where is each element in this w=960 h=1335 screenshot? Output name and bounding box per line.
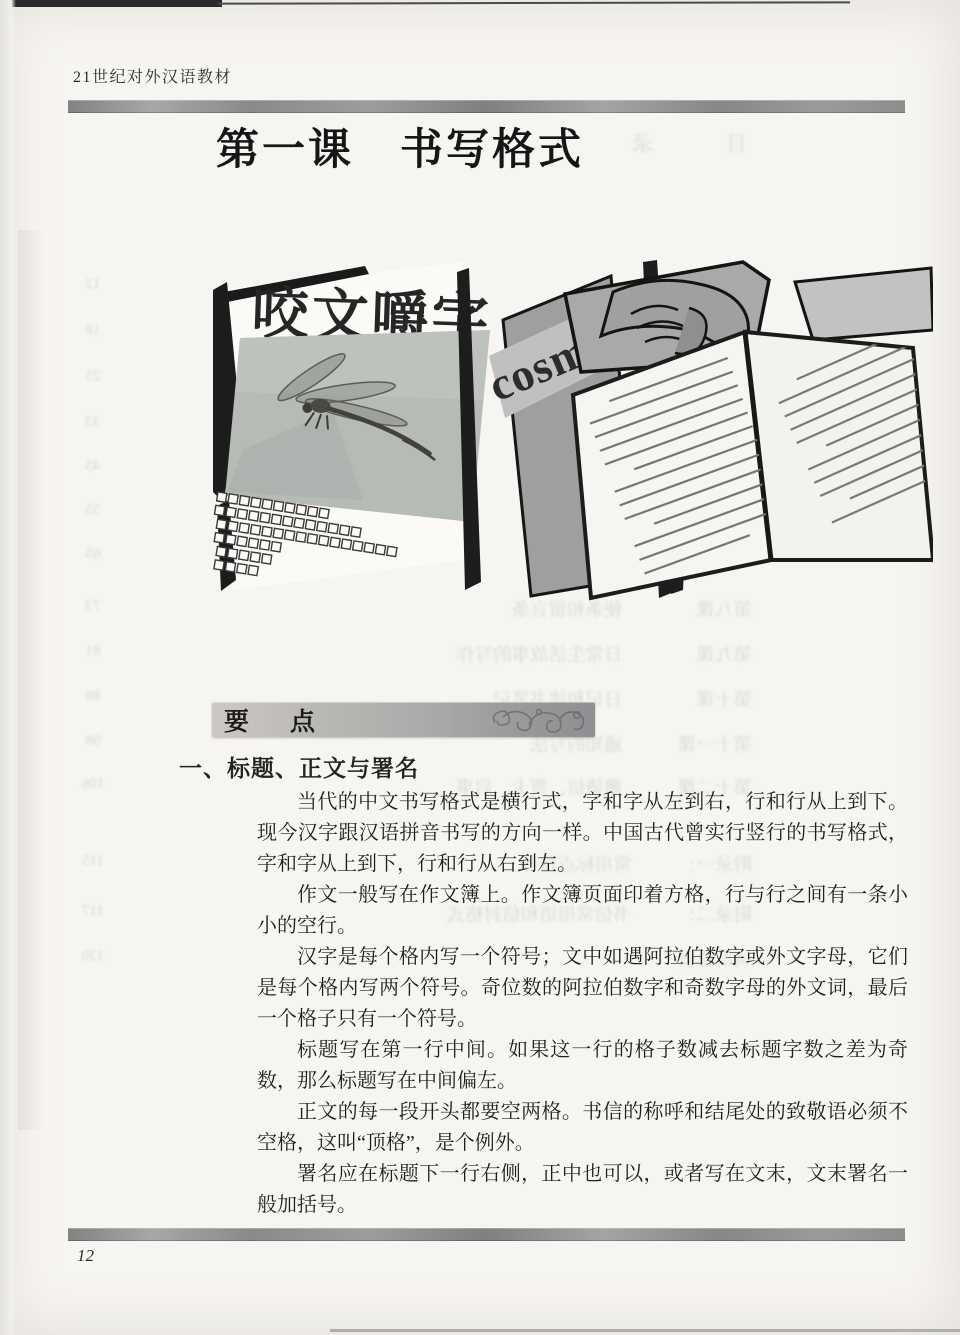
- scan-edge-line-bottom: [330, 1329, 960, 1332]
- ghost-page-number: 98: [78, 733, 108, 750]
- ghost-page-number: 106: [78, 776, 108, 793]
- illustration-svg: 咬文嚼字: [213, 260, 933, 602]
- ghost-page-number: 81: [78, 643, 108, 660]
- scan-shadow-left-soft: [18, 230, 44, 1130]
- footer-rule-bar: [68, 1228, 905, 1241]
- ghost-page-number: 88: [78, 688, 108, 705]
- ghost-page-number: 65: [78, 546, 108, 563]
- scan-shadow-left: [0, 0, 16, 1335]
- paragraph: 当代的中文书写格式是横行式，字和字从左到右，行和行从上到下。现今汉字跟汉语拼音书…: [257, 787, 908, 880]
- paragraph: 正文的每一段开头都要空两格。书信的称呼和结尾处的致敬语必须不空格，这叫“顶格”，…: [257, 1097, 908, 1159]
- scan-edge-line-top: [218, 1, 850, 4]
- comic-illustration: 咬文嚼字: [213, 260, 933, 602]
- scan-edge-artifact-top: [0, 0, 222, 7]
- ghost-page-number: 55: [78, 502, 108, 519]
- ghost-page-number: 45: [78, 458, 108, 475]
- ghost-page-number: 25: [78, 368, 108, 385]
- paragraph: 标题写在第一行中间。如果这一行的格子数减去标题字数之差为奇数，那么标题写在中间偏…: [257, 1035, 908, 1097]
- page-number: 12: [77, 1246, 94, 1266]
- ghost-page-number: 18: [78, 322, 108, 339]
- ghost-page-number: 117: [78, 903, 108, 920]
- scanned-textbook-page: 目 录 1218253345556573818898106115117120 第…: [0, 0, 960, 1335]
- ghost-page-number: 120: [78, 948, 108, 965]
- ghost-page-number: 73: [78, 598, 108, 615]
- key-points-bar: 要 点: [212, 702, 595, 737]
- ghost-page-number: 12: [78, 276, 108, 293]
- magazine-yaowenjiaozi: 咬文嚼字: [213, 262, 493, 597]
- ghost-page-number: 33: [78, 414, 108, 431]
- ghost-toc-line: 第九课 日常生活故事的写作: [300, 641, 752, 667]
- paragraph: 汉字是每个格内写一个符号；文中如遇阿拉伯数字或外文字母，它们是每个格内写两个符号…: [257, 942, 908, 1035]
- ghost-page-number: 115: [78, 853, 108, 870]
- open-book: [565, 262, 933, 598]
- lesson-title: 第一课 书写格式: [216, 116, 584, 177]
- top-rule-bar: [68, 100, 905, 113]
- scroll-ornament-icon: [489, 705, 585, 734]
- dragonfly-photo: [225, 330, 490, 522]
- body-text: 当代的中文书写格式是横行式，字和字从左到右，行和行从上到下。现今汉字跟汉语拼音书…: [257, 787, 908, 1221]
- ghost-toc-title: 目 录: [606, 128, 747, 158]
- key-points-label: 要 点: [212, 702, 323, 738]
- paragraph: 署名应在标题下一行右侧，正中也可以，或者写在文末，文末署名一般加括号。: [257, 1159, 908, 1221]
- section-heading: 一、标题、正文与署名: [179, 750, 419, 783]
- series-header: 21世纪对外汉语教材: [73, 64, 232, 87]
- paragraph: 作文一般写在作文簿上。作文簿页面印着方格，行与行之间有一条小小的空行。: [257, 880, 908, 942]
